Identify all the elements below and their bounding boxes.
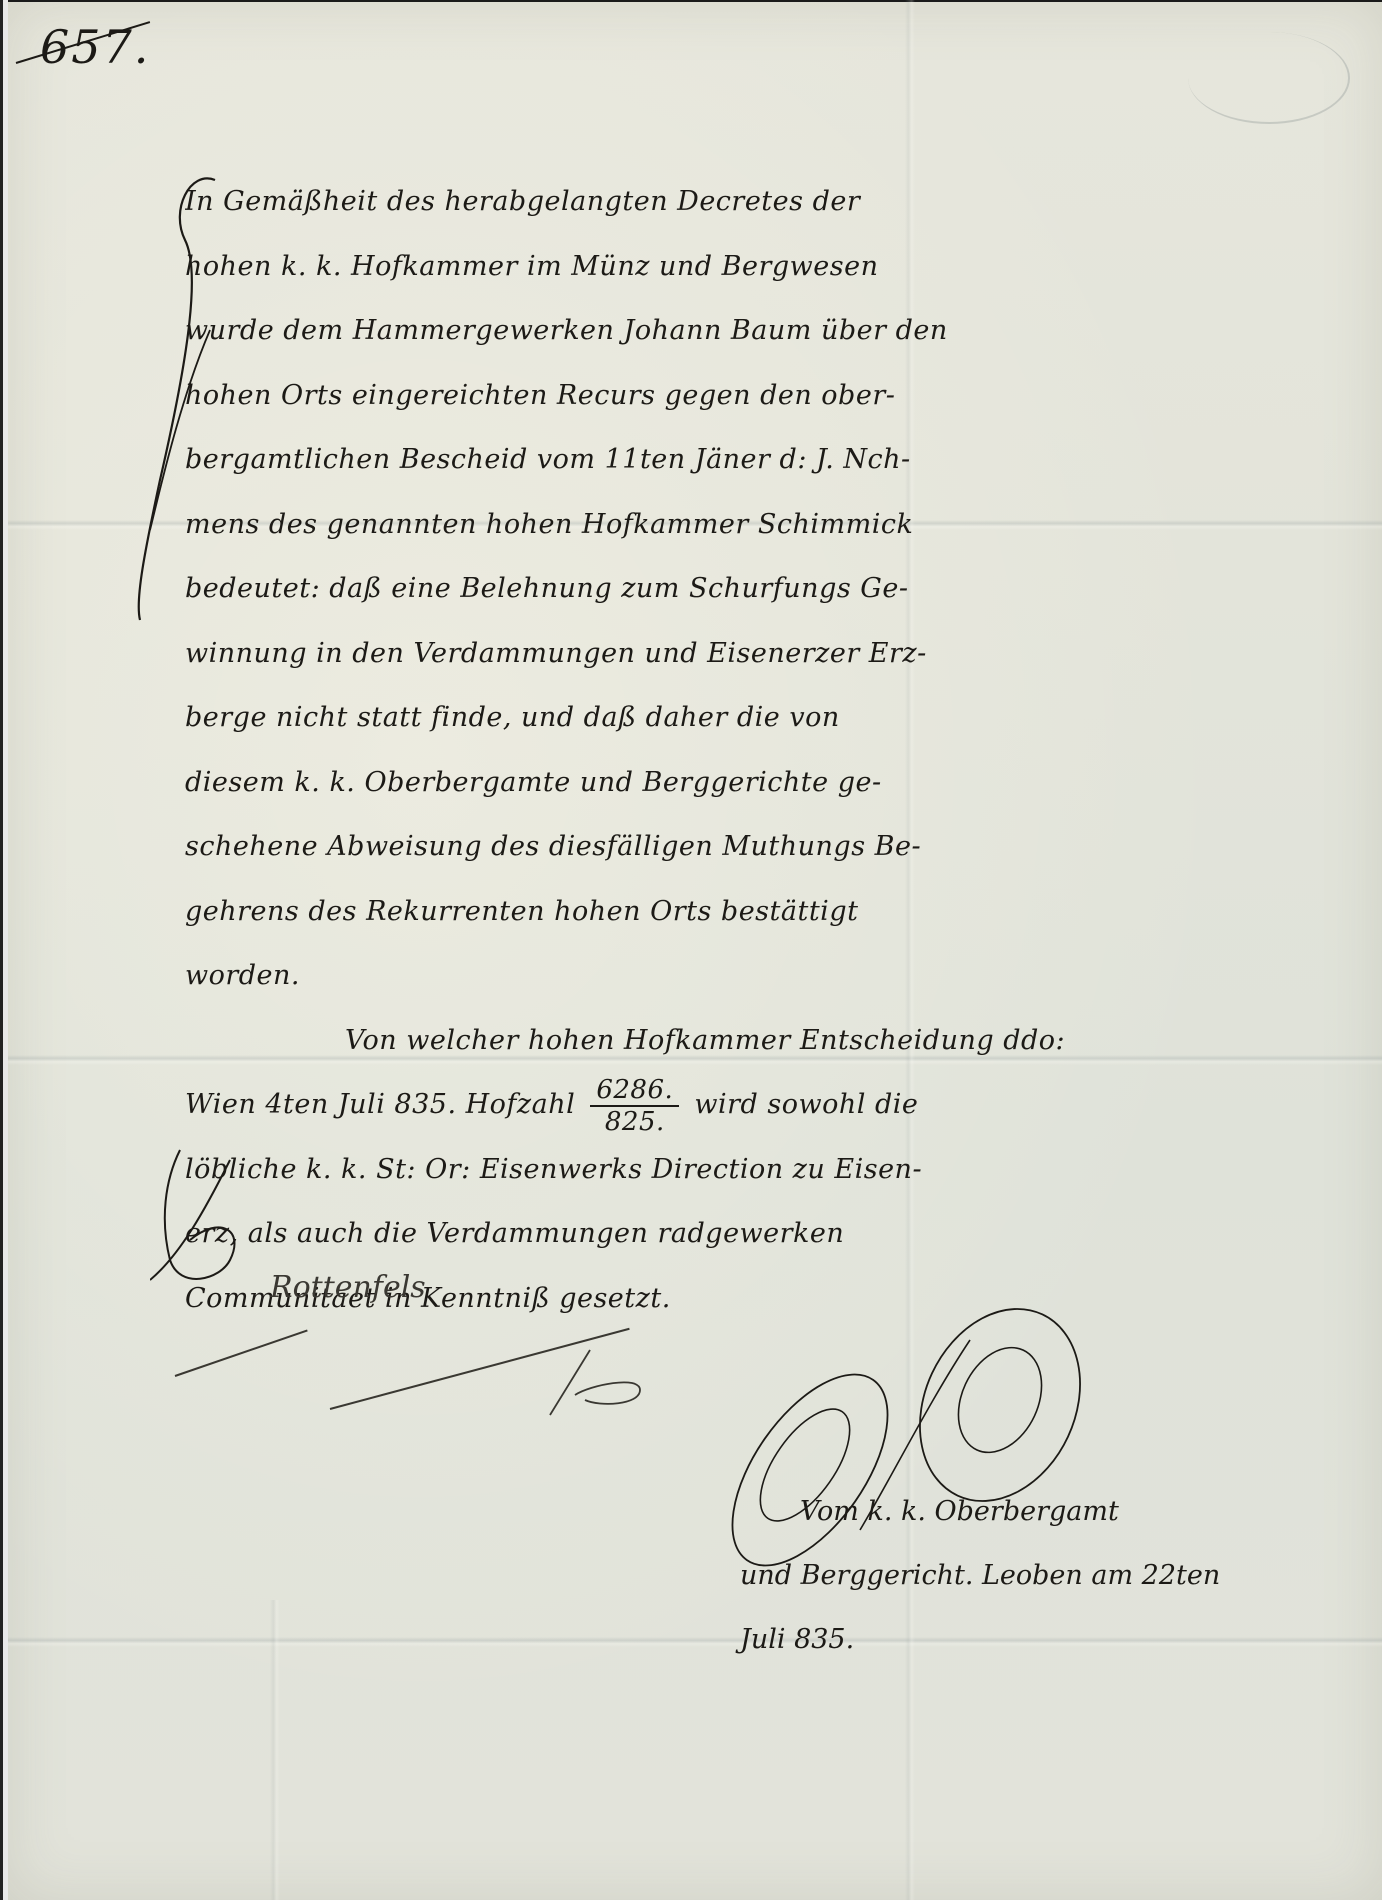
signature-rottenfels: Rottenfels (270, 1270, 426, 1305)
letter-body: In Gemäßheit des herabgelangten Decretes… (185, 170, 1305, 1331)
fold-crease (270, 1600, 280, 1900)
hofzahl-denominator: 825. (590, 1107, 679, 1135)
closing-block: Vom k. k. Oberbergamt und Berggericht. L… (700, 1480, 1340, 1672)
hofzahl-fraction: 6286. 825. (590, 1077, 679, 1135)
text-line: bedeutet: daß eine Belehnung zum Schurfu… (185, 557, 1305, 622)
text-line: diesem k. k. Oberbergamte und Berggerich… (185, 751, 1305, 816)
text-line: erz, als auch die Verdammungen radgewerk… (185, 1202, 1305, 1267)
signature-paraph (530, 1345, 650, 1425)
text-line: löbliche k. k. St: Or: Eisenwerks Direct… (185, 1138, 1305, 1203)
text-fragment: Wien 4ten Juli 835. Hofzahl (185, 1089, 575, 1120)
text-line: mens des genannten hohen Hofkammer Schim… (185, 493, 1305, 558)
text-line: Von welcher hohen Hofkammer Entscheidung… (185, 1009, 1305, 1074)
text-line: In Gemäßheit des herabgelangten Decretes… (185, 170, 1305, 235)
text-line: gehrens des Rekurrenten hohen Orts bestä… (185, 880, 1305, 945)
text-line-with-hofzahl: Wien 4ten Juli 835. Hofzahl 6286. 825. w… (185, 1073, 1305, 1138)
hofzahl-numerator: 6286. (590, 1077, 679, 1107)
folio-number: 657. (40, 20, 150, 74)
text-line: hohen Orts eingereichten Recurs gegen de… (185, 364, 1305, 429)
text-line: bergamtlichen Bescheid vom 11ten Jäner d… (185, 428, 1305, 493)
text-line: berge nicht statt finde, und daß daher d… (185, 686, 1305, 751)
text-line: wurde dem Hammergewerken Johann Baum übe… (185, 299, 1305, 364)
text-line: schehene Abweisung des diesfälligen Muth… (185, 815, 1305, 880)
paragraph-1: In Gemäßheit des herabgelangten Decretes… (185, 170, 1305, 1009)
text-line: hohen k. k. Hofkammer im Münz und Bergwe… (185, 235, 1305, 300)
closing-line: Juli 835. (700, 1608, 1340, 1672)
seal-impression (1188, 32, 1350, 124)
text-fragment: wird sowohl die (694, 1089, 918, 1120)
scan-edge (0, 0, 8, 1900)
closing-line: Vom k. k. Oberbergamt (700, 1480, 1340, 1544)
text-line: worden. (185, 944, 1305, 1009)
closing-line: und Berggericht. Leoben am 22ten (700, 1544, 1340, 1608)
text-line: winnung in den Verdammungen und Eisenerz… (185, 622, 1305, 687)
